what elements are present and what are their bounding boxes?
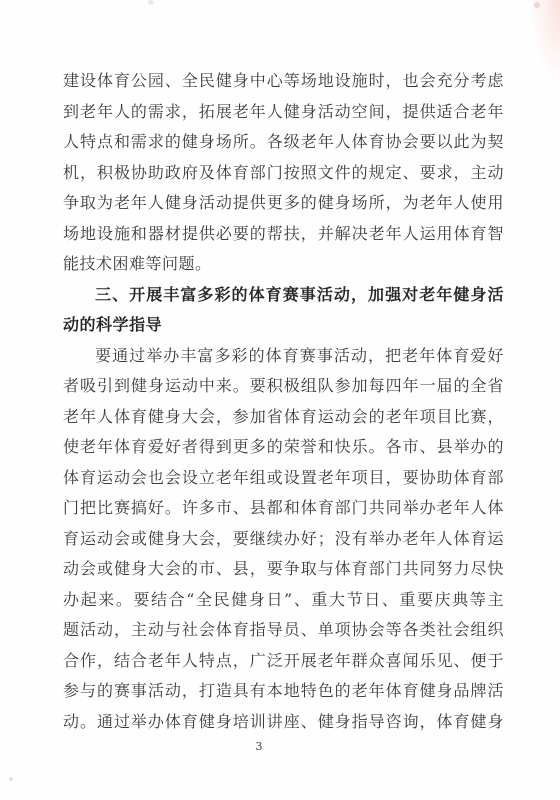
text-line: 争取为老年人健身活动提供更多的健身场所，为老年人使用 bbox=[63, 188, 504, 219]
text-line: 人特点和需求的健身场所。各级老年人体育协会要以此为契 bbox=[63, 127, 504, 158]
section-heading: 三、开展丰富多彩的体育赛事活动，加强对老年健身活 动的科学指导 bbox=[63, 280, 504, 341]
text-line: 参与的赛事活动，打造具有本地特色的老年体育健身品牌活 bbox=[63, 676, 504, 707]
text-line: 办起来。要结合“全民健身日”、重大节日、重要庆典等主 bbox=[63, 585, 504, 616]
document-page: 建设体育公园、全民健身中心等场地设施时，也会充分考虑 到老年人的需求，拓展老年人… bbox=[0, 0, 560, 800]
text-line: 体育运动会也会设立老年组或设置老年项目，要协助体育部 bbox=[63, 463, 504, 494]
text-line: 门把比赛搞好。许多市、县都和体育部门共同举办老年人体 bbox=[63, 493, 504, 524]
text-line: 合作，结合老年人特点，广泛开展老年群众喜闻乐见、便于 bbox=[63, 646, 504, 677]
heading-line: 动的科学指导 bbox=[63, 310, 504, 341]
text-line: 老年人体育健身大会，参加省体育运动会的老年项目比赛， bbox=[63, 402, 504, 433]
text-line: 要通过举办丰富多彩的体育赛事活动，把老年体育爱好 bbox=[63, 341, 504, 372]
text-line: 动。通过举办体育健身培训讲座、健身指导咨询，体育健身 bbox=[63, 707, 504, 738]
text-line: 建设体育公园、全民健身中心等场地设施时，也会充分考虑 bbox=[63, 66, 504, 97]
scan-blemish-dot bbox=[534, 2, 540, 8]
document-body: 建设体育公园、全民健身中心等场地设施时，也会充分考虑 到老年人的需求，拓展老年人… bbox=[63, 66, 504, 737]
paragraph-main: 要通过举办丰富多彩的体育赛事活动，把老年体育爱好 者吸引到健身运动中来。要积极组… bbox=[63, 341, 504, 738]
paragraph-continuation: 建设体育公园、全民健身中心等场地设施时，也会充分考虑 到老年人的需求，拓展老年人… bbox=[63, 66, 504, 280]
text-line: 能技术困难等问题。 bbox=[63, 249, 504, 280]
scan-smudge-top bbox=[148, 0, 154, 5]
scan-blemish-top-right bbox=[526, 0, 560, 130]
text-line: 者吸引到健身运动中来。要积极组队参加每四年一届的全省 bbox=[63, 371, 504, 402]
page-number: 3 bbox=[0, 740, 518, 754]
text-line: 到老年人的需求，拓展老年人健身活动空间，提供适合老年 bbox=[63, 97, 504, 128]
text-line: 题活动，主动与社会体育指导员、单项协会等各类社会组织 bbox=[63, 615, 504, 646]
scan-smudge-bottom bbox=[9, 777, 13, 781]
text-line: 育运动会或健身大会，要继续办好；没有举办老年人体育运 bbox=[63, 524, 504, 555]
text-line: 使老年体育爱好者得到更多的荣誉和快乐。各市、县举办的 bbox=[63, 432, 504, 463]
text-line: 机，积极协助政府及体育部门按照文件的规定、要求，主动 bbox=[63, 158, 504, 189]
text-line: 动会或健身大会的市、县，要争取与体育部门共同努力尽快 bbox=[63, 554, 504, 585]
text-line: 场地设施和器材提供必要的帮扶，并解决老年人运用体育智 bbox=[63, 219, 504, 250]
heading-line: 三、开展丰富多彩的体育赛事活动，加强对老年健身活 bbox=[63, 280, 504, 311]
